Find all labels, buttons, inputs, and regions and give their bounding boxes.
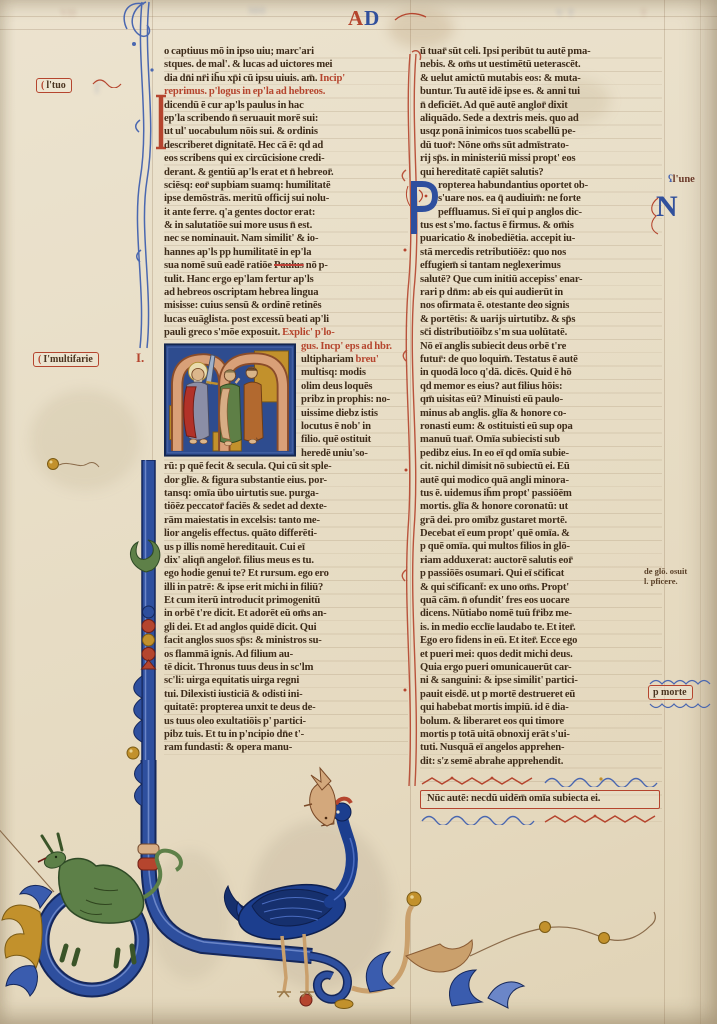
text-line: tuti. Nusquā eī angelos apprehen- (420, 741, 662, 754)
text-line: derant. & gentiū ap'ls erat et n̄ hebreo… (164, 166, 408, 179)
text-line: Nō eī anglis subiecit deus orbē t're (420, 340, 662, 353)
text-line: it ante ferre. q'a gentes doctor erat: (164, 206, 408, 219)
text-block-prologue: o captiuus mō in ipso uiu; marc'aristque… (164, 45, 408, 340)
margin-note-text: I'multifarie (43, 354, 92, 365)
text-line: illi in patrē: & ipse erit michi in fili… (164, 581, 408, 594)
text-line: dicens. Nūtiabo nomē tuū fr̄ibz me- (420, 607, 662, 620)
header-flourish (394, 10, 428, 24)
text-line: ipse demōstrās. meritū officij sui nolu- (164, 192, 408, 205)
margin-note-multifarie: (I'multifarie (33, 352, 99, 367)
text-line: sc̄i distributiōibz s'm sua uolūtatē. (420, 326, 662, 339)
text-line: tansq: omīa ūbo uirtutis sue. purga- (164, 487, 408, 500)
text-line: puaricatio & inobediētia. accepit iu- (420, 232, 662, 245)
text-line: buntur. Tu autē idē ipse es. & anni tui (420, 85, 662, 98)
text-line: cit. nichil dimisit nō subiectū ei. Eū (420, 460, 662, 473)
text-line: pibz tuis. Et tu in p'ncipio dn̄e t'- (164, 728, 408, 741)
text-line: tiōēz peccator̄ faciēs & sedet ad dexte- (164, 500, 408, 513)
text-line: nos ofirmata ē. otestante deo signis (420, 299, 662, 312)
text-line: qui habebat mortis impiū. id ē dia- (420, 701, 662, 714)
text-line: sciēsq: eor̄ supbiam suamq: humilitatē (164, 179, 408, 192)
text-line: tui. Dilexisti iusticiā & odisti ini- (164, 688, 408, 701)
text-line: ū tuar̄ sūt celi. Ipsi peribūt tu autē p… (420, 45, 662, 58)
text-line: us tuus oleo exultatiōis p' partici- (164, 715, 408, 728)
text-line: p passiōēs osumari. Qui eī sc̄ificat (420, 567, 662, 580)
text-line: aliquādo. Sede a dextris meis. quo ad (420, 112, 662, 125)
text-line: hannes ap'ls pp humilitatē in ep'la (164, 246, 408, 259)
text-line: o captiuus mō in ipso uiu; marc'ari (164, 45, 408, 58)
text-line: qui hereditatē capiēt salutis? (420, 166, 662, 179)
text-line: & uelut amictū mutabis eos: & muta- (420, 72, 662, 85)
text-block-hebrews-2: ū tuar̄ sūt celi. Ipsi peribūt tu autē p… (420, 45, 662, 768)
text-line: n̄ deficiēt. Ad quē autē anglor̄ dixit (420, 99, 662, 112)
text-line: nebis. & om̄s ut uestimētū ueterascēt. (420, 58, 662, 71)
text-line: tus ē. uidemus ih̄m propt' passiōēm (420, 487, 662, 500)
text-line: effugiem̄ si tantam neglexerimus (420, 259, 662, 272)
text-line: rām maiestatis in excelsis: tanto me- (164, 514, 408, 527)
text-line: qm̄ uisitas eū? Minuisti eū paulo- (420, 393, 662, 406)
initial-p-blue (404, 176, 440, 238)
bracket-mark: ( (38, 354, 41, 365)
text-line: in orbē t're dicit. Et adorēt eū om̄s an… (164, 607, 408, 620)
text-line: ad hebreos oscriptam hebrea lingua (164, 286, 408, 299)
text-block-hebrews-1: rū: p quē fecit & secula. Qui cū sit spl… (164, 460, 408, 755)
text-line: sc'li: uirga equitatis uirga regni (164, 674, 408, 687)
text-line: lior angelis effectus. quāto differēti- (164, 527, 408, 540)
text-line: dicendū ē cur ap'ls paulus in hac (164, 99, 408, 112)
text-line: rij sp̄s. in ministeriū missi propt' eos (420, 152, 662, 165)
text-line: eos scribens qui ex circūcisione credi- (164, 152, 408, 165)
text-line: ep'la scribendo n̄ seruauit morē sui: (164, 112, 408, 125)
text-line: nec se nominauit. Nam similit' & io- (164, 232, 408, 245)
text-line: minus ab anglis. glīa & honore co- (420, 407, 662, 420)
text-line: us p illis nomē hereditauit. Cui eī (164, 541, 408, 554)
border-bar-left (118, 460, 178, 762)
text-line: lucas euāglista. post excessū beati ap'l… (164, 313, 408, 326)
text-line: heredē uniu'so- (301, 447, 408, 460)
text-line: rū: p quē fecit & secula. Qui cū sit spl… (164, 460, 408, 473)
text-line: filio. quē ostituit (301, 433, 408, 446)
running-header-letter-a: A (348, 6, 364, 30)
text-line: multisq: modis (301, 366, 408, 379)
text-line: grā dei. pro omībz gustaret mortē. (420, 514, 662, 527)
text-line: salutē? Que cum initiū accepiss' enar- (420, 273, 662, 286)
initial-row: gus. Incp' eps ad hbr.ultiphariam breu'm… (164, 340, 408, 461)
text-line: tē dicit. Thronus tuus deus in sc'lm (164, 661, 408, 674)
text-line: pauli greco s'mōe exposuit. Explic' p'lo… (164, 326, 408, 339)
text-line: os flammā ignis. Ad filium au- (164, 648, 408, 661)
text-line: quā cām. n̄ ofundit' fres eos uocare (420, 594, 662, 607)
text-line: Et cum iterū introducit primogenitū (164, 594, 408, 607)
text-line: is. in medio ecclīe laudabo te. Et iter̄… (420, 621, 662, 634)
text-line: pauit eisdē. ut p mortē destrueret eū (420, 688, 662, 701)
text-line: ronasti eum: & ostituisti eū sup opa (420, 420, 662, 433)
running-header-letter-d: D (364, 6, 380, 30)
text-line: dū tuor̄: Nōne om̄s sūt admīstrato- (420, 139, 662, 152)
text-line: ram fundasti: & opera manu- (164, 741, 408, 754)
text-line: tus est s'mo. factus ē firmus. & om̄is (420, 219, 662, 232)
text-line: ni & sanguini: & ipse similit' partici- (420, 674, 662, 687)
text-line: locutus ē nob' in (301, 420, 408, 433)
text-line: s'uare nos. ea q̄ audiuim̄: ne forte (420, 192, 662, 205)
text-line: facit anglos suos sp̄s: & ministros su- (164, 634, 408, 647)
text-line: manuū tuar̄. Omīa subiecisti sub (420, 433, 662, 446)
text-line: mortis. glīa & honore coronatū: ut (420, 500, 662, 513)
text-line: pribz in prophis: no- (301, 393, 408, 406)
text-line: tulit. Hanc ergo ep'lam fertur ap'ls (164, 273, 408, 286)
text-line: ut ul' uocabulum nōis sui. & ordinis (164, 125, 408, 138)
text-line: stques. de mal'. & lucas ad uictores mei (164, 58, 408, 71)
text-column-right: ū tuar̄ sūt celi. Ipsi peribūt tu autē p… (420, 45, 662, 825)
text-line: & in salutatiōe sui more usus n̄ est. (164, 219, 408, 232)
text-line: ego hodie genui te? Et rursum. ego ero (164, 567, 408, 580)
text-line: riam adduxerat: auctorē salutis eor̄ (420, 554, 662, 567)
margin-note-lune: ʕl'une (668, 174, 695, 185)
margin-note-text: l'tuo (46, 80, 65, 91)
text-line: ultiphariam breu' (301, 353, 408, 366)
text-line: dix' aliqn̄ angelor̄. filius meus es tu. (164, 554, 408, 567)
text-line: ropterea habundantius oportet ob- (420, 179, 662, 192)
text-line: dor glīe. & figura substantie eius. por- (164, 474, 408, 487)
text-line: & qui sc̄ificant̄: ex uno om̄s. Propt' (420, 581, 662, 594)
text-line: p quē omīa. qui multos filios in glō- (420, 540, 662, 553)
text-line: autē qui modico quā angli minora- (420, 474, 662, 487)
text-line: Ego ero fidens in eū. Et iter̄. Ecce ego (420, 634, 662, 647)
text-line: sua nomē suū eadē ratiōe Paulus nō p- (164, 259, 408, 272)
gold-dot-flourish (42, 450, 102, 480)
text-line: olim deus loquēs (301, 380, 408, 393)
manuscript-page: ᴠɪɪ ᴍᴏ ᴠ ᴛ ᴛ Γ AD (l'tuo (I'multifarie I… (0, 0, 717, 1024)
text-line: in quodā loco q'dā. dicēs. Quid ē hō (420, 366, 662, 379)
text-line: stā mercedis retributiōēz: quo nos (420, 246, 662, 259)
text-column-left: o captiuus mō in ipso uiu; marc'aristque… (164, 45, 408, 755)
historiated-initial-m (164, 340, 296, 460)
text-line: quitatē: propterea unxit te deus de- (164, 701, 408, 714)
text-line: & portētis: & uarijs uirtutibz. & sp̄s (420, 313, 662, 326)
penwork-flourish-blue (116, 0, 164, 350)
running-header: AD (348, 6, 380, 31)
margin-note-text: l'une (673, 174, 695, 185)
margin-note-titulus: (l'tuo (36, 78, 72, 93)
text-line: peffluamus. Si eī qui p anglos dic- (420, 206, 662, 219)
text-line: mortis p totā uitā obnoxij erāt s'ui- (420, 728, 662, 741)
text-line: futur̄: de quo loquim̄. Testatus ē autē (420, 353, 662, 366)
text-line: qd memor es eius? aut filius hōis: (420, 380, 662, 393)
text-line: uissime diebz istis (301, 407, 408, 420)
text-line: bolum. & liberaret eos qui timore (420, 715, 662, 728)
text-line: misisse: cuius sensū & ordinē retinēs (164, 299, 408, 312)
text-line: et pueri mei: quos dedit michi deus. (420, 648, 662, 661)
text-line: pedibz eius. In eo eī qd omīa subie- (420, 447, 662, 460)
text-line: rari p dn̄m: ab eis qui audierūt in (420, 286, 662, 299)
margin-letter-mark: I. (136, 350, 144, 366)
bottom-border-decoration (0, 760, 717, 1024)
text-block-beside-initial: gus. Incp' eps ad hbr.ultiphariam breu'm… (301, 340, 408, 461)
text-line: Decebat eī eum propt' quē omīa. & (420, 527, 662, 540)
text-line: reprimus. p'logus in ep'la ad hebreos. (164, 85, 408, 98)
text-line: Quia ergo pueri omunicauerūt car- (420, 661, 662, 674)
text-line: gli dei. Et ad anglos quidē dicit. Qui (164, 621, 408, 634)
text-line: describeret dignitatē. Hec cā ē: qd ad (164, 139, 408, 152)
bracket-mark: ( (41, 80, 44, 91)
text-line: dia dn̄i nr̄i ih̄u xp̄i cū ipsu uiuis. a… (164, 72, 408, 85)
text-line: usqz ponā inimicos tuos scabellū pe- (420, 125, 662, 138)
text-line: gus. Incp' eps ad hbr. (301, 340, 408, 353)
